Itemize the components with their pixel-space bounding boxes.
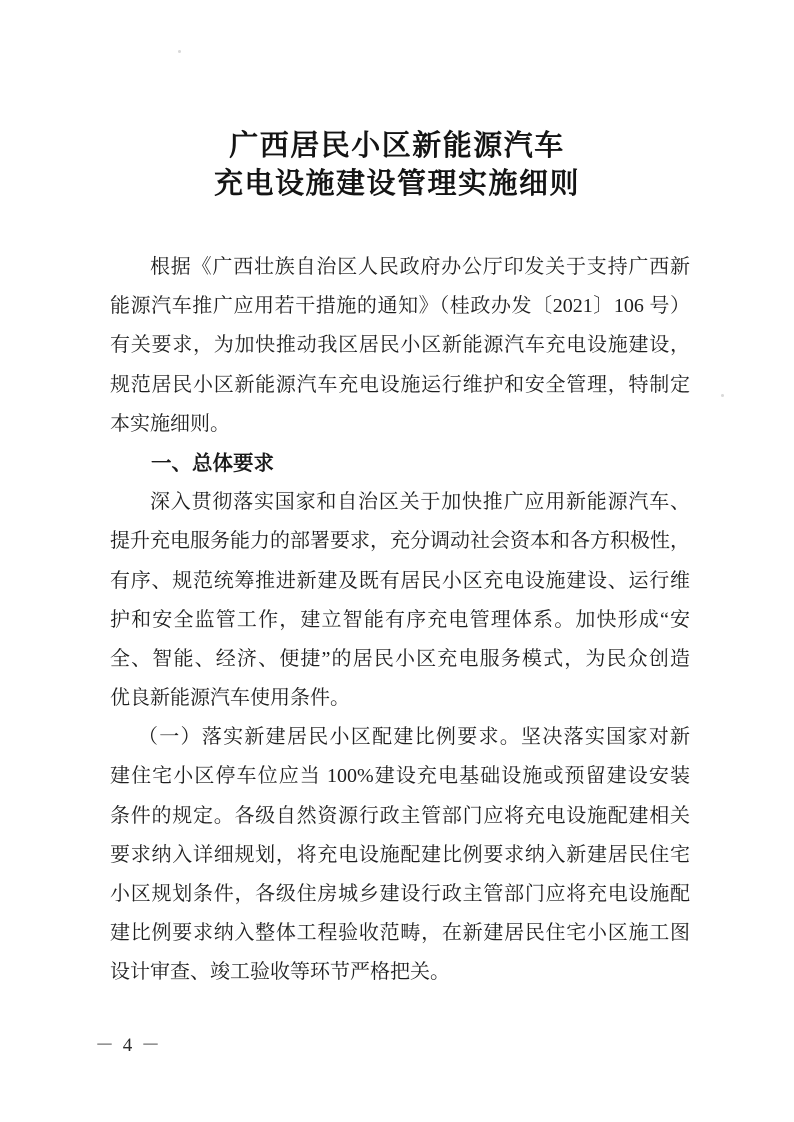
body-line: 根据《广西壮族自治区人民政府办公厅印发关于支持广西新 [110, 248, 690, 287]
title-line-1: 广西居民小区新能源汽车 [0, 127, 794, 165]
scan-speck [178, 50, 181, 53]
body-line: 护和安全监管工作，建立智能有序充电管理体系。加快形成“安 [110, 601, 690, 640]
body-line: 设计审查、竣工验收等环节严格把关。 [110, 953, 690, 992]
body-line: 有序、规范统筹推进新建及既有居民小区充电设施建设、运行维 [110, 562, 690, 601]
body-line: 要求纳入详细规划，将充电设施配建比例要求纳入新建居民住宅 [110, 836, 690, 875]
body-line: 建比例要求纳入整体工程验收范畴，在新建居民住宅小区施工图 [110, 914, 690, 953]
body-line: （一）落实新建居民小区配建比例要求。坚决落实国家对新 [110, 718, 690, 757]
document-title: 广西居民小区新能源汽车 充电设施建设管理实施细则 [0, 127, 794, 203]
body-line: 提升充电服务能力的部署要求，充分调动社会资本和各方积极性， [110, 522, 690, 561]
body-line: 深入贯彻落实国家和自治区关于加快推广应用新能源汽车、 [110, 483, 690, 522]
document-body: 根据《广西壮族自治区人民政府办公厅印发关于支持广西新 能源汽车推广应用若干措施的… [110, 248, 690, 993]
body-line: 本实施细则。 [110, 405, 690, 444]
body-line: 规范居民小区新能源汽车充电设施运行维护和安全管理，特制定 [110, 366, 690, 405]
section-heading: 一、总体要求 [110, 444, 690, 483]
document-page: 广西居民小区新能源汽车 充电设施建设管理实施细则 根据《广西壮族自治区人民政府办… [0, 0, 794, 1122]
body-line: 有关要求，为加快推动我区居民小区新能源汽车充电设施建设， [110, 326, 690, 365]
page-number: － 4 － [95, 1030, 162, 1057]
body-line: 优良新能源汽车使用条件。 [110, 679, 690, 718]
body-line: 小区规划条件，各级住房城乡建设行政主管部门应将充电设施配 [110, 875, 690, 914]
body-line: 能源汽车推广应用若干措施的通知》（桂政办发〔2021〕106 号） [110, 287, 690, 326]
scan-speck [721, 394, 724, 397]
title-line-2: 充电设施建设管理实施细则 [0, 165, 794, 203]
body-line: 条件的规定。各级自然资源行政主管部门应将充电设施配建相关 [110, 797, 690, 836]
body-line: 建住宅小区停车位应当 100%建设充电基础设施或预留建设安装 [110, 757, 690, 796]
body-line: 全、智能、经济、便捷”的居民小区充电服务模式，为民众创造 [110, 640, 690, 679]
